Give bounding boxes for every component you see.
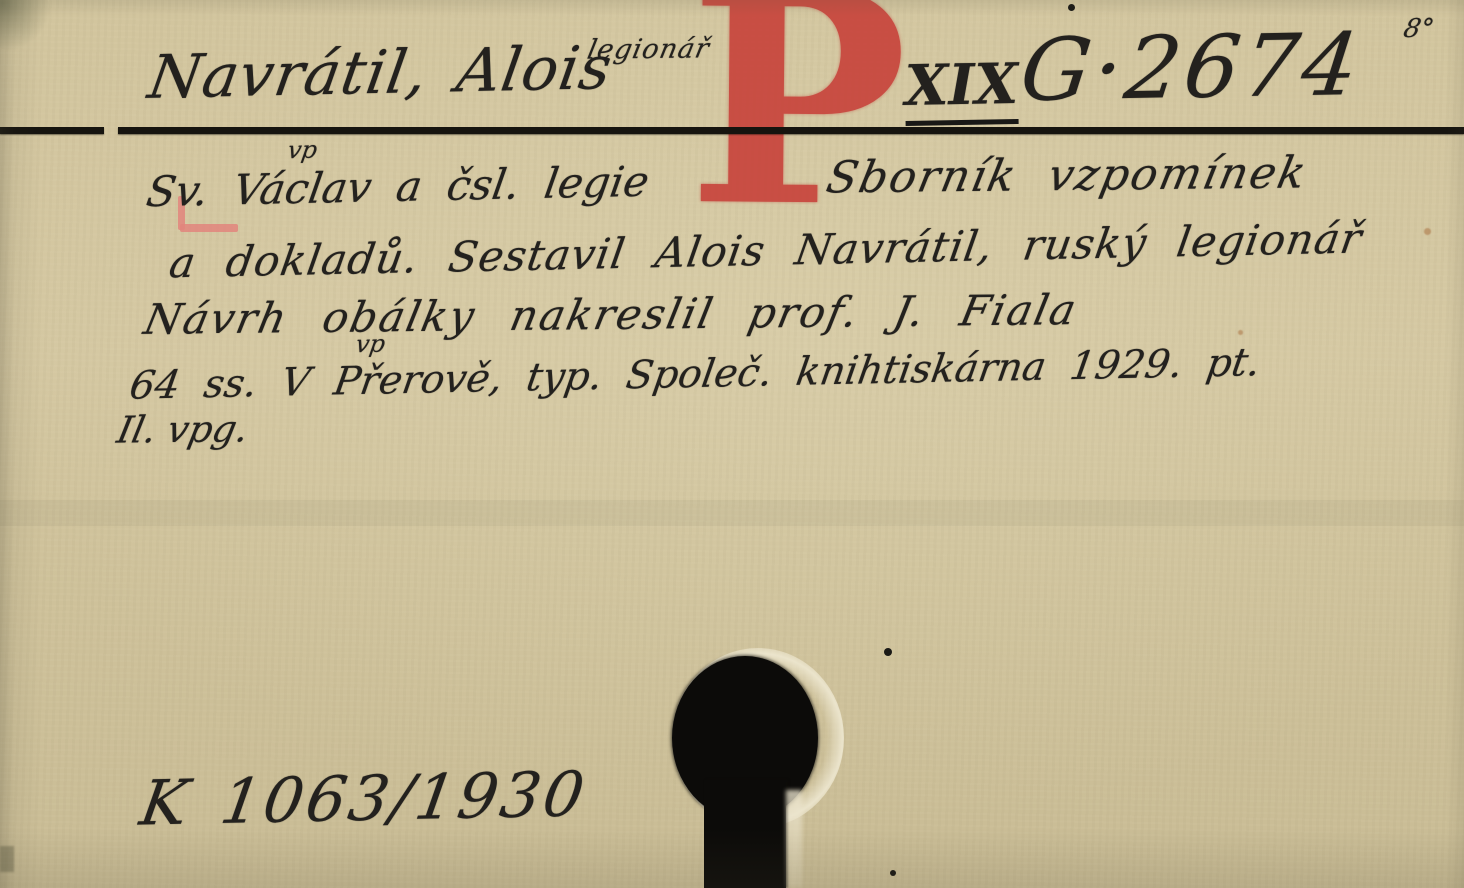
body-line4-annotation: vp	[354, 330, 387, 359]
body-line5-note: Il. vpg.	[114, 407, 253, 451]
call-number-shelfmark: G·2674	[1015, 15, 1367, 121]
scan-shadow-band	[0, 500, 1464, 526]
ink-dot	[884, 648, 892, 656]
scan-corner-artifact	[0, 0, 52, 52]
body-line3-cover-credit: Návrh obálky nakreslil prof. J. Fiala	[140, 285, 1082, 344]
red-corner-mark-horizontal	[180, 224, 238, 232]
ink-dot	[1068, 4, 1075, 11]
paper-freckle	[1424, 228, 1431, 235]
punch-hole-slot	[704, 780, 786, 888]
paper-freckle	[1238, 330, 1243, 335]
ink-dot	[890, 870, 896, 876]
punch-hole-tear-streak	[786, 790, 802, 888]
body-line1-title: Sv. Václav a čsl. legie	[143, 157, 652, 216]
horizontal-rule-right	[118, 127, 1464, 134]
call-number-roman: XIX	[904, 51, 1018, 126]
heading-author-name: Navrátil, Alois	[144, 33, 617, 113]
scan-edge-speck	[0, 846, 14, 872]
horizontal-rule-left	[0, 127, 104, 134]
accession-number: K 1063/1930	[136, 757, 592, 839]
red-letter-stamp: P	[687, 0, 909, 247]
body-line1-subtitle: Sborník vzpomínek	[822, 147, 1312, 203]
call-number-format-octavo: 8°	[1401, 14, 1437, 44]
body-line1-annotation: vp	[286, 136, 319, 165]
catalog-card: Navrátil, Alois legionář P XIX G·2674 8°…	[0, 0, 1464, 888]
body-line4-imprint: 64 ss. V Přerově, typ. Společ. knihtiská…	[127, 340, 1264, 409]
